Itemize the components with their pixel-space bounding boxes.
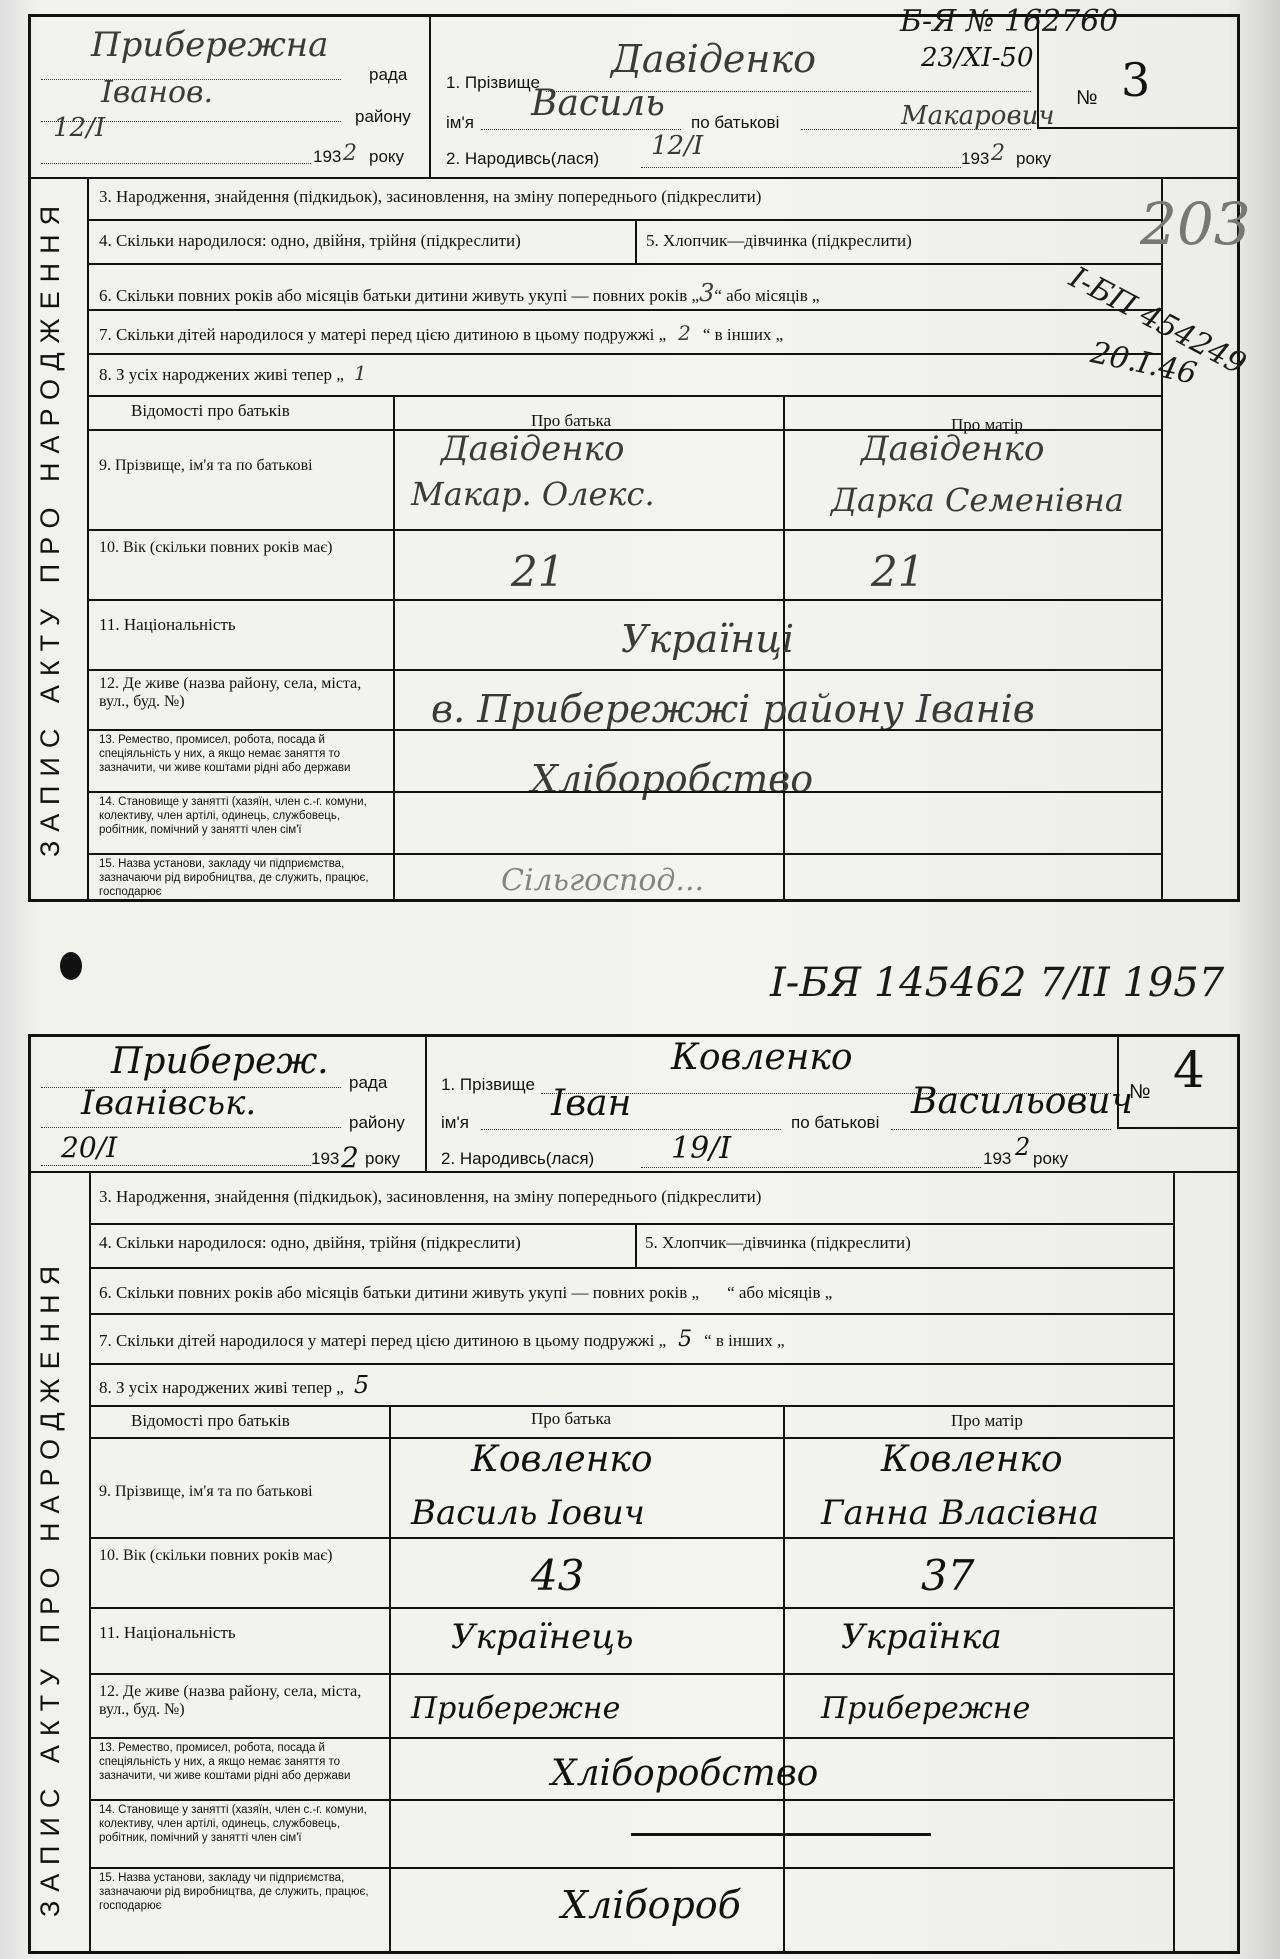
q8-alive-value: 1 <box>354 361 367 385</box>
parents-header: Відомості про батьків <box>131 1411 290 1431</box>
surname-value: Давіденко <box>611 37 816 81</box>
mother-name-line1: Давіденко <box>861 429 1044 469</box>
born-date-value: 12/I <box>651 131 703 161</box>
patronymic-label: по батькові <box>691 113 779 133</box>
mother-age: 21 <box>871 547 924 596</box>
q7-this-value: 2 <box>678 321 691 345</box>
born-date-value: 19/I <box>671 1131 731 1166</box>
mother-name-line1: Ковленко <box>881 1439 1063 1480</box>
father-name-line2: Макар. Олекс. <box>411 475 655 513</box>
q7-text-a: 7. Скільки дітей народилося у матері пер… <box>99 325 666 344</box>
surname-label: 1. Прізвище <box>446 73 540 93</box>
handwritten-dash <box>631 1833 931 1836</box>
rada-label: рада <box>369 65 407 85</box>
q3-label: 3. Народження, знайдення (підкидьок), за… <box>99 1187 761 1207</box>
parents-header: Відомості про батьків <box>131 401 290 421</box>
q6-text-b: “ або місяців „ <box>727 1283 832 1302</box>
q4-label: 4. Скільки народилося: одно, двійня, трі… <box>99 231 521 251</box>
q8-text: 8. З усіх народжених живі тепер „ <box>99 365 344 384</box>
born-year-digit: 2 <box>991 141 1005 166</box>
q8-text: 8. З усіх народжених живі тепер „ <box>99 1378 344 1397</box>
father-age: 43 <box>531 1551 584 1600</box>
father-header: Про батька <box>531 411 611 431</box>
reg-date-value: 20/I <box>61 1131 117 1164</box>
raion-value: Іванівськ. <box>81 1083 256 1123</box>
rada-value: Прибереж. <box>111 1041 329 1082</box>
reg-date-value: 12/I <box>53 113 105 143</box>
mother-header: Про матір <box>951 1411 1023 1431</box>
number-label: № <box>1129 1081 1150 1104</box>
raion-value: Іванов. <box>101 75 213 110</box>
father-age: 21 <box>511 547 564 596</box>
reg-year-suffix: року <box>365 1149 400 1169</box>
record-number: 3 <box>1121 53 1150 107</box>
q6-text-b: “ або місяців „ <box>714 286 819 305</box>
q6-label: 6. Скільки повних років або місяців бать… <box>99 1279 832 1304</box>
reg-year-prefix: 193 <box>311 1149 339 1169</box>
q12-label: 12. Де живе (назва району, села, міста, … <box>99 1683 379 1719</box>
q7-label: 7. Скільки дітей народилося у матері пер… <box>99 321 783 345</box>
q11-label: 11. Національність <box>99 615 236 635</box>
q7-this-value: 5 <box>678 1327 692 1352</box>
side-label: ЗАПИС АКТУ ПРО НАРОДЖЕННЯ <box>35 217 66 857</box>
q4-label: 4. Скільки народилося: одно, двійня, трі… <box>99 1233 521 1253</box>
surname-value: Ковленко <box>671 1037 853 1078</box>
reg-year-digit: 2 <box>341 1141 359 1174</box>
rada-value: Прибережна <box>91 25 328 65</box>
q7-text-b: “ в інших „ <box>703 325 783 344</box>
q14-label: 14. Становище у занятті (хазяїн, член с.… <box>99 1803 385 1845</box>
mother-nationality: Українка <box>841 1617 1002 1657</box>
date-stamp: 23/XI-50 <box>921 43 1034 73</box>
occupation-value: Хліборобство <box>551 1753 818 1794</box>
name-label: ім'я <box>446 113 474 133</box>
workplace-value: Сільгоспод... <box>501 863 704 898</box>
q8-alive-value: 5 <box>354 1371 369 1399</box>
record-number: 4 <box>1173 1041 1205 1099</box>
q7-text-b: “ в інших „ <box>704 1331 784 1350</box>
born-year-digit: 2 <box>1015 1133 1030 1161</box>
side-label: ЗАПИС АКТУ ПРО НАРОДЖЕННЯ <box>35 1237 66 1917</box>
birth-record-card-1: Прибережна рада Іванов. району 12/I 193 … <box>28 14 1240 902</box>
raion-label: району <box>355 107 411 127</box>
q11-label: 11. Національність <box>99 1623 236 1643</box>
born-year-prefix: 193 <box>961 149 989 169</box>
father-name-line2: Василь Іович <box>411 1493 645 1533</box>
patronymic-value: Макарович <box>901 101 1055 131</box>
mother-name-line2: Дарка Семенівна <box>831 481 1124 519</box>
q13-label: 13. Ремество, промисел, робота, посада й… <box>99 1741 385 1783</box>
mother-name-line2: Ганна Власівна <box>821 1493 1099 1533</box>
name-label: ім'я <box>441 1113 469 1133</box>
born-year-prefix: 193 <box>983 1149 1011 1169</box>
top-annotation-record-2: I-БЯ 145462 7/II 1957 <box>770 960 1224 1006</box>
q7-text-a: 7. Скільки дітей народилося у матері пер… <box>99 1331 666 1350</box>
mother-residence: Прибережне <box>821 1691 1030 1726</box>
margin-annotation-1: 203 <box>1140 190 1251 258</box>
q5-label: 5. Хлопчик—дівчинка (підкреслити) <box>646 231 912 251</box>
q6-text-a: 6. Скільки повних років або місяців бать… <box>99 286 699 305</box>
reg-year-suffix: року <box>369 147 404 167</box>
father-name-line1: Давіденко <box>441 429 624 469</box>
card-header: Прибережна рада Іванов. району 12/I 193 … <box>31 17 1237 179</box>
patronymic-value: Васильович <box>911 1081 1133 1122</box>
reg-year-digit: 2 <box>343 141 357 166</box>
born-label: 2. Народивсь(лася) <box>441 1149 594 1169</box>
father-nationality: Українець <box>451 1617 634 1657</box>
rada-label: рада <box>349 1073 387 1093</box>
name-value: Василь <box>531 83 665 124</box>
born-year-suffix: року <box>1033 1149 1068 1169</box>
born-label: 2. Народивсь(лася) <box>446 149 599 169</box>
q6-years-value: 3 <box>699 279 714 307</box>
q9-label: 9. Прізвище, ім'я та по батькові <box>99 457 313 475</box>
q6-label: 6. Скільки повних років або місяців бать… <box>99 279 820 307</box>
occupation-value: Хліборобство <box>531 757 813 801</box>
father-header: Про батька <box>531 1409 611 1429</box>
q12-label: 12. Де живе (назва району, села, міста, … <box>99 675 379 711</box>
nationality-value: Українці <box>621 617 794 661</box>
q8-label: 8. З усіх народжених живі тепер „5 <box>99 1371 369 1399</box>
patronymic-label: по батькові <box>791 1113 879 1133</box>
q13-label: 13. Ремество, промисел, робота, посада й… <box>99 733 389 775</box>
q6-text-a: 6. Скільки повних років або місяців бать… <box>99 1283 699 1302</box>
q7-label: 7. Скільки дітей народилося у матері пер… <box>99 1327 785 1352</box>
q3-label: 3. Народження, знайдення (підкидьок), за… <box>99 187 761 207</box>
father-name-line1: Ковленко <box>471 1439 653 1480</box>
mother-age: 37 <box>921 1551 974 1600</box>
raion-label: району <box>349 1113 405 1133</box>
q14-label: 14. Становище у занятті (хазяїн, член с.… <box>99 795 389 837</box>
born-year-suffix: року <box>1016 149 1051 169</box>
number-label: № <box>1076 87 1097 110</box>
residence-value: в. Прибережжі району Іванів <box>431 687 1035 731</box>
reg-year-prefix: 193 <box>313 147 341 167</box>
surname-label: 1. Прізвище <box>441 1075 535 1095</box>
q9-label: 9. Прізвище, ім'я та по батькові <box>99 1483 313 1501</box>
q15-label: 15. Назва установи, закладу чи підприємс… <box>99 1871 385 1913</box>
father-residence: Прибережне <box>411 1691 620 1726</box>
q5-label: 5. Хлопчик—дівчинка (підкреслити) <box>645 1233 911 1253</box>
card-header: Прибереж. рада Іванівськ. району 20/I 19… <box>31 1037 1237 1173</box>
workplace-value: Хлібороб <box>561 1883 741 1927</box>
q15-label: 15. Назва установи, закладу чи підприємс… <box>99 857 389 899</box>
ink-blot <box>60 952 82 980</box>
q10-label: 10. Вік (скільки повних років має) <box>99 1547 379 1565</box>
q10-label: 10. Вік (скільки повних років має) <box>99 539 379 557</box>
q8-label: 8. З усіх народжених живі тепер „1 <box>99 361 367 385</box>
birth-record-card-2: Прибереж. рада Іванівськ. району 20/I 19… <box>28 1034 1240 1954</box>
name-value: Іван <box>551 1083 631 1124</box>
